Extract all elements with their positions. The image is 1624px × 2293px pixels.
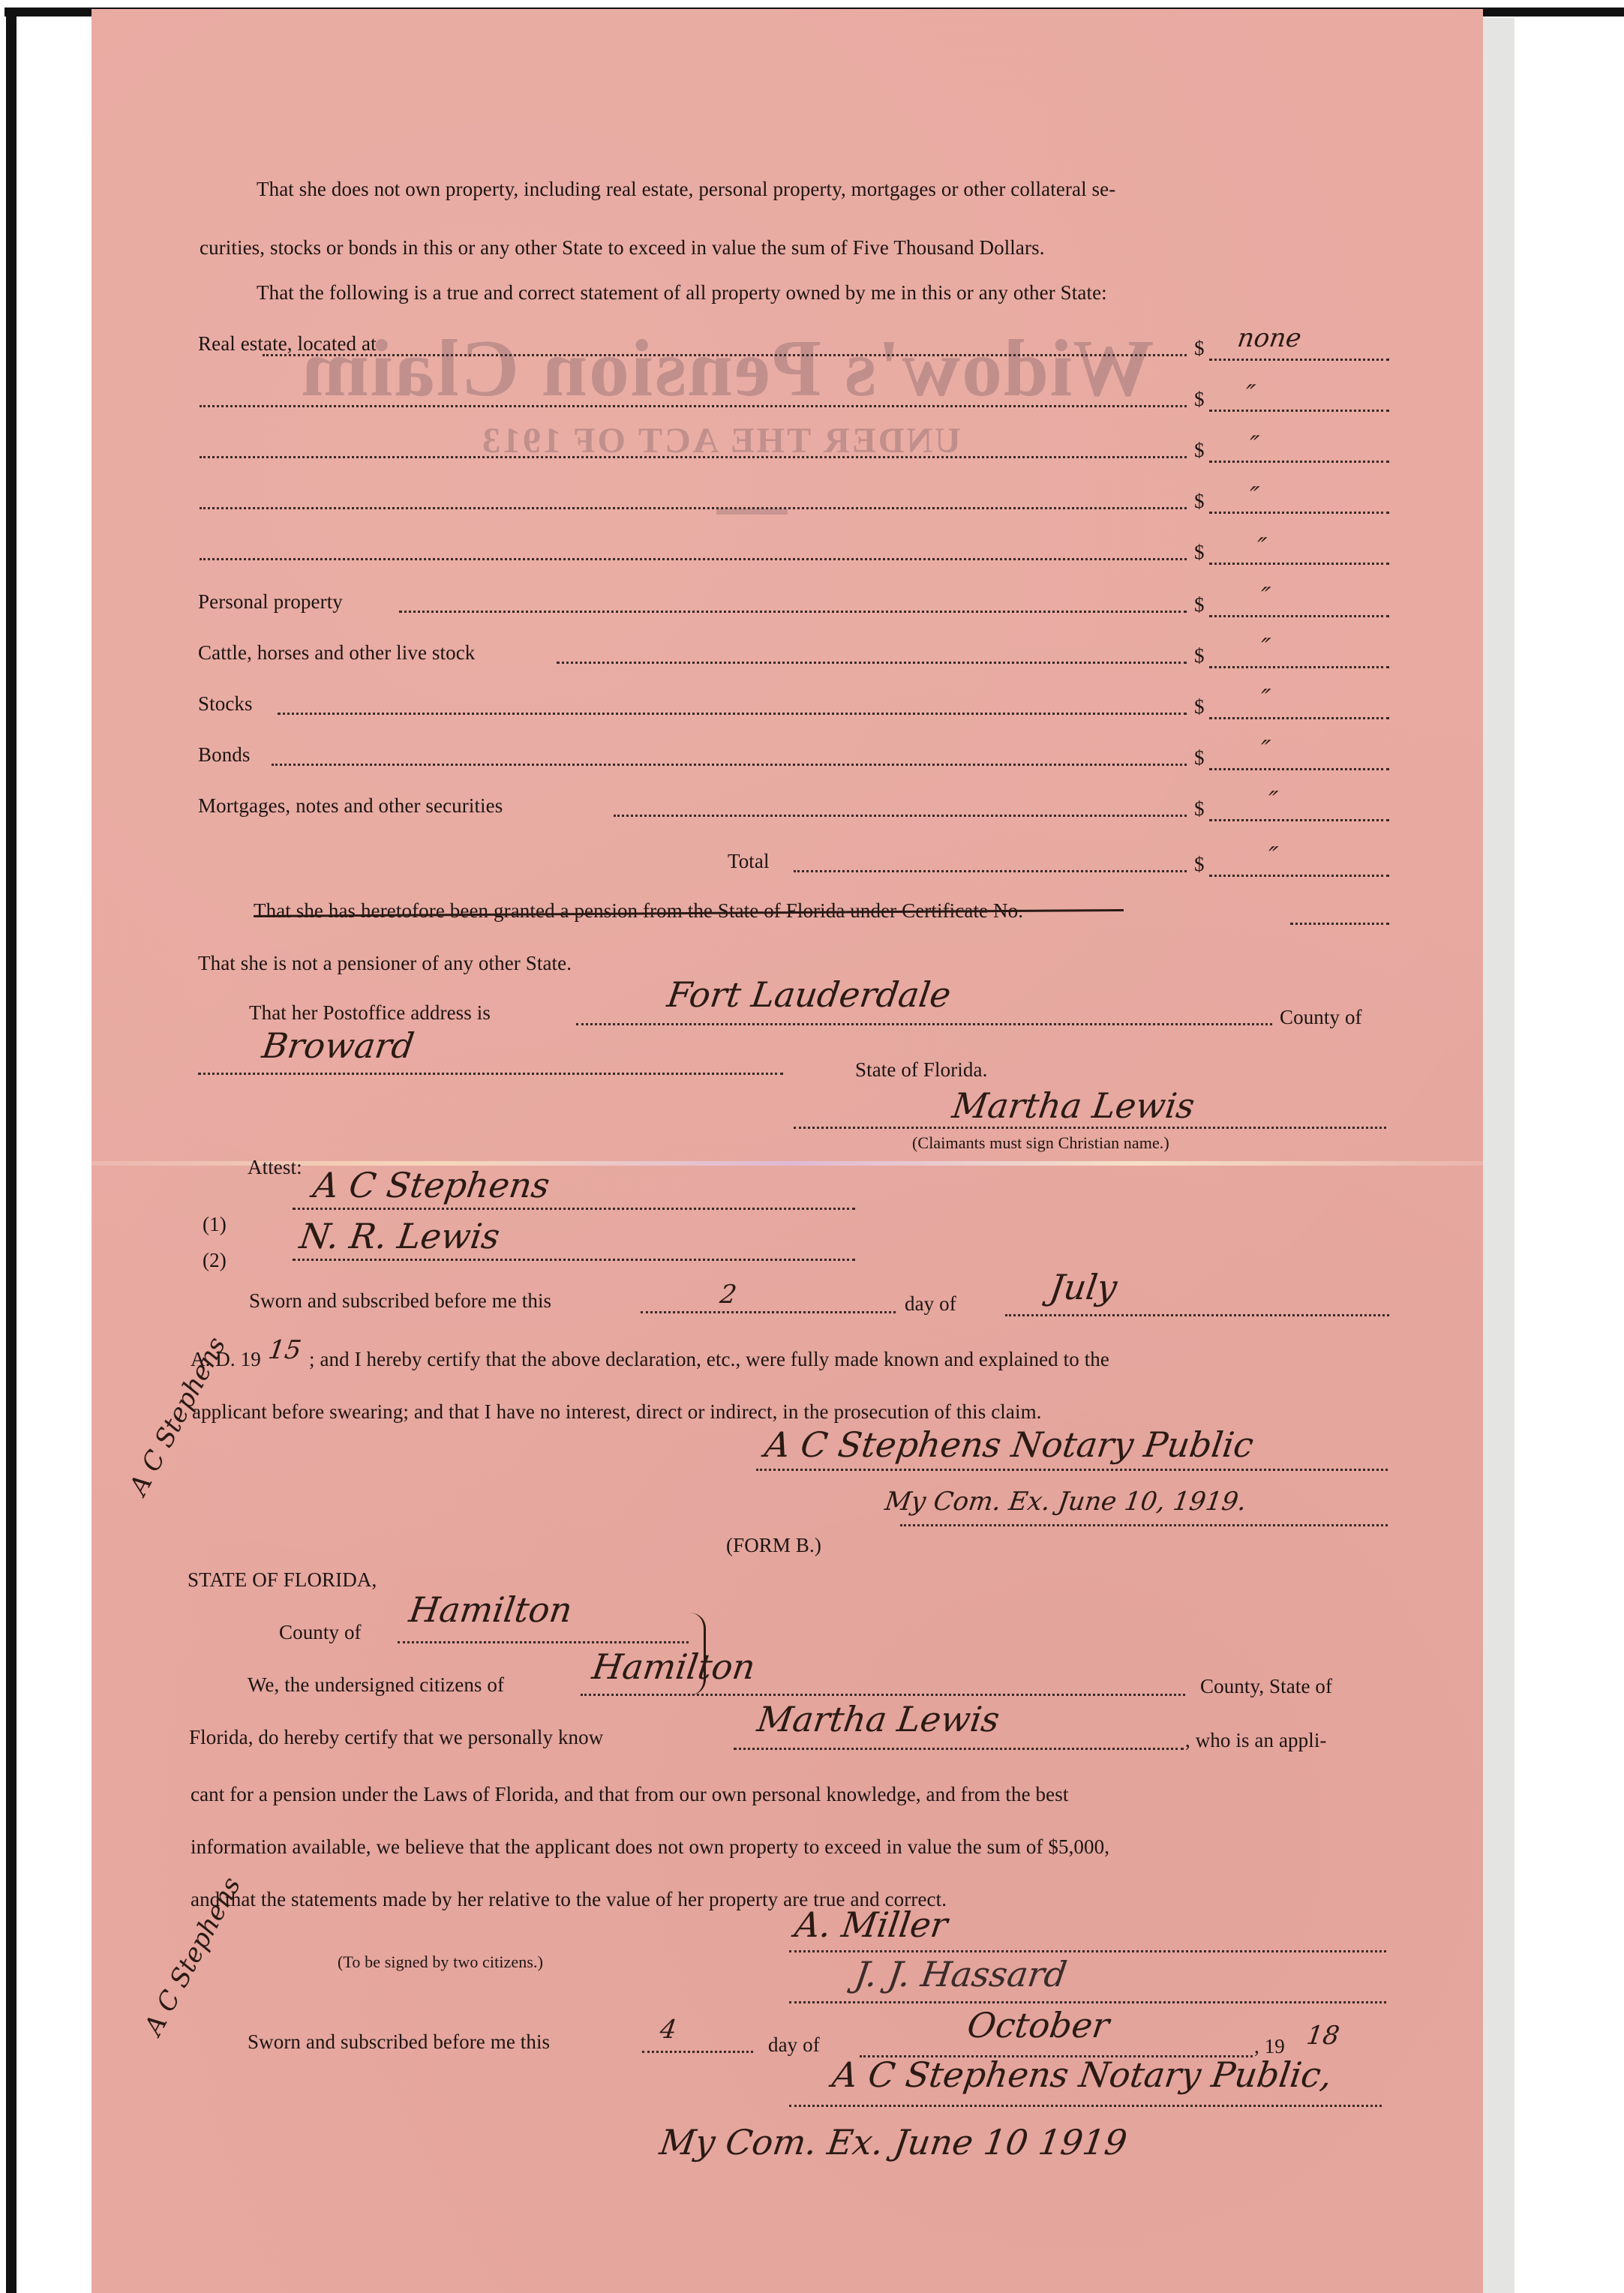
sworn-a-day-line[interactable] xyxy=(641,1311,896,1313)
witness-2-signature: N. R. Lewis xyxy=(297,1217,502,1256)
property-line xyxy=(263,354,1187,356)
citizen-1-signature-line[interactable] xyxy=(789,1950,1386,1952)
form-b-county-value: Hamilton xyxy=(407,1590,575,1629)
amount-line[interactable] xyxy=(1209,359,1389,361)
amount-line[interactable] xyxy=(1209,819,1389,821)
property-label: Personal property xyxy=(198,590,343,614)
form-b-sworn-year: 18 xyxy=(1304,2016,1342,2055)
claimant-signature-line[interactable] xyxy=(794,1127,1386,1129)
form-b-know-name: Martha Lewis xyxy=(755,1700,1001,1739)
currency-symbol: $ xyxy=(1194,644,1205,668)
postoffice-label: That her Postoffice address is xyxy=(249,1001,491,1025)
property-line xyxy=(200,456,1187,458)
amount-line[interactable] xyxy=(1209,768,1389,770)
form-b-county-line[interactable] xyxy=(398,1641,689,1643)
intro-line-1: That she does not own property, includin… xyxy=(257,177,1115,201)
form-b-citizens-label: We, the undersigned citizens of xyxy=(248,1673,504,1697)
postoffice-value: Fort Lauderdale xyxy=(665,975,953,1014)
sworn-a-certify-line-1: ; and I hereby certify that the above de… xyxy=(309,1347,1109,1371)
sworn-a-month: July xyxy=(1047,1268,1119,1307)
amount-line[interactable] xyxy=(1209,615,1389,617)
notary-b-signature: A C Stephens Notary Public, xyxy=(830,2055,1334,2094)
property-line xyxy=(794,870,1187,872)
amount-value: none xyxy=(1235,319,1304,358)
paper-edge xyxy=(1483,18,1514,2293)
sworn-a-day-of: day of xyxy=(905,1292,956,1316)
intro-line-2: curities, stocks or bonds in this or any… xyxy=(200,236,1045,260)
property-line xyxy=(278,713,1187,715)
scan-border-left xyxy=(6,8,17,2293)
witness-1-line[interactable] xyxy=(293,1208,855,1210)
amount-line[interactable] xyxy=(1209,410,1389,412)
claimant-signature: Martha Lewis xyxy=(950,1086,1196,1125)
amount-line[interactable] xyxy=(1209,717,1389,719)
sworn-a-year: 15 xyxy=(266,1331,304,1370)
property-label: Mortgages, notes and other securities xyxy=(198,794,503,818)
total-label: Total xyxy=(728,849,770,873)
currency-symbol: $ xyxy=(1194,593,1205,617)
currency-symbol: $ xyxy=(1194,797,1205,821)
citizen-1-signature: A. Miller xyxy=(792,1905,950,1944)
notary-b-commission: My Com. Ex. June 10 1919 xyxy=(657,2123,1129,2162)
notary-b-signature-line[interactable] xyxy=(789,2105,1382,2107)
county-value: Broward xyxy=(260,1026,416,1065)
currency-symbol: $ xyxy=(1194,852,1205,876)
form-b-know-line[interactable] xyxy=(734,1748,1184,1750)
currency-symbol: $ xyxy=(1194,387,1205,411)
form-b-citizens-line[interactable] xyxy=(581,1694,1185,1696)
scan-margin xyxy=(17,17,92,2293)
form-b-body-line-2: information available, we believe that t… xyxy=(191,1835,1109,1859)
witness-1-signature: A C Stephens xyxy=(311,1166,552,1205)
property-line xyxy=(272,764,1187,766)
citizen-2-signature: J. J. Hassard xyxy=(852,1955,1069,1994)
currency-symbol: $ xyxy=(1194,336,1205,360)
property-label: Bonds xyxy=(198,743,251,767)
claimant-caption: (Claimants must sign Christian name.) xyxy=(912,1131,1169,1155)
ghost-subtitle: UNDER THE ACT OF 1913 xyxy=(480,420,961,461)
signers-caption: (To be signed by two citizens.) xyxy=(338,1950,543,1974)
form-b-sworn-day-line[interactable] xyxy=(642,2051,753,2053)
witness-2-number: (2) xyxy=(203,1248,227,1272)
notary-a-signature-line[interactable] xyxy=(756,1469,1388,1471)
currency-symbol: $ xyxy=(1194,695,1205,719)
form-b-state: STATE OF FLORIDA, xyxy=(188,1568,377,1592)
property-line xyxy=(200,405,1187,407)
form-b-sworn-prefix: Sworn and subscribed before me this xyxy=(248,2030,550,2054)
property-label: Stocks xyxy=(198,692,253,716)
property-line xyxy=(557,662,1187,664)
form-b-county-label: County of xyxy=(279,1620,362,1644)
sworn-a-prefix: Sworn and subscribed before me this xyxy=(249,1289,551,1313)
currency-symbol: $ xyxy=(1194,438,1205,462)
form-b-heading: (FORM B.) xyxy=(726,1533,821,1557)
currency-symbol: $ xyxy=(1194,746,1205,770)
certificate-number-line[interactable] xyxy=(1290,923,1389,925)
form-b-county-state: County, State of xyxy=(1200,1674,1332,1698)
currency-symbol: $ xyxy=(1194,489,1205,513)
not-pensioner-statement: That she is not a pensioner of any other… xyxy=(198,951,572,975)
county-line[interactable] xyxy=(198,1073,783,1075)
property-label: Real estate, located at xyxy=(198,332,377,356)
amount-line[interactable] xyxy=(1209,461,1389,463)
amount-line[interactable] xyxy=(1209,875,1389,877)
ghost-title: Widow's Pension Claim xyxy=(300,323,1154,416)
form-b-sworn-month: October xyxy=(965,2006,1112,2045)
intro-line-3: That the following is a true and correct… xyxy=(257,281,1107,305)
form-b-citizens-county: Hamilton xyxy=(590,1647,758,1686)
notary-a-commission: My Com. Ex. June 10, 1919. xyxy=(882,1482,1249,1521)
amount-line[interactable] xyxy=(1209,512,1389,514)
postoffice-line[interactable] xyxy=(576,1023,1272,1025)
attest-label: Attest: xyxy=(248,1155,302,1179)
property-label: Cattle, horses and other live stock xyxy=(198,641,475,665)
state-of-florida-label: State of Florida. xyxy=(855,1058,987,1082)
witness-1-number: (1) xyxy=(203,1212,227,1236)
property-line xyxy=(200,558,1187,560)
property-line xyxy=(200,507,1187,509)
ghost-rule xyxy=(716,509,788,515)
witness-2-line[interactable] xyxy=(293,1259,855,1261)
property-line xyxy=(399,611,1187,613)
amount-line[interactable] xyxy=(1209,563,1389,565)
form-b-know-suffix: , who is an appli- xyxy=(1185,1728,1327,1752)
property-line xyxy=(614,815,1187,817)
form-b-know-prefix: Florida, do hereby certify that we perso… xyxy=(189,1725,603,1749)
notary-a-commission-line[interactable] xyxy=(900,1524,1388,1526)
currency-symbol: $ xyxy=(1194,540,1205,564)
sworn-a-month-line[interactable] xyxy=(1005,1314,1389,1316)
county-of-label: County of xyxy=(1280,1005,1362,1029)
citizen-2-signature-line[interactable] xyxy=(789,2001,1386,2003)
form-b-body-line-1: cant for a pension under the Laws of Flo… xyxy=(191,1782,1068,1806)
notary-a-signature: A C Stephens Notary Public xyxy=(762,1425,1256,1464)
sworn-a-certify-line-2: applicant before swearing; and that I ha… xyxy=(192,1400,1042,1424)
form-b-sworn-day-of: day of xyxy=(768,2033,820,2057)
amount-line[interactable] xyxy=(1209,666,1389,668)
